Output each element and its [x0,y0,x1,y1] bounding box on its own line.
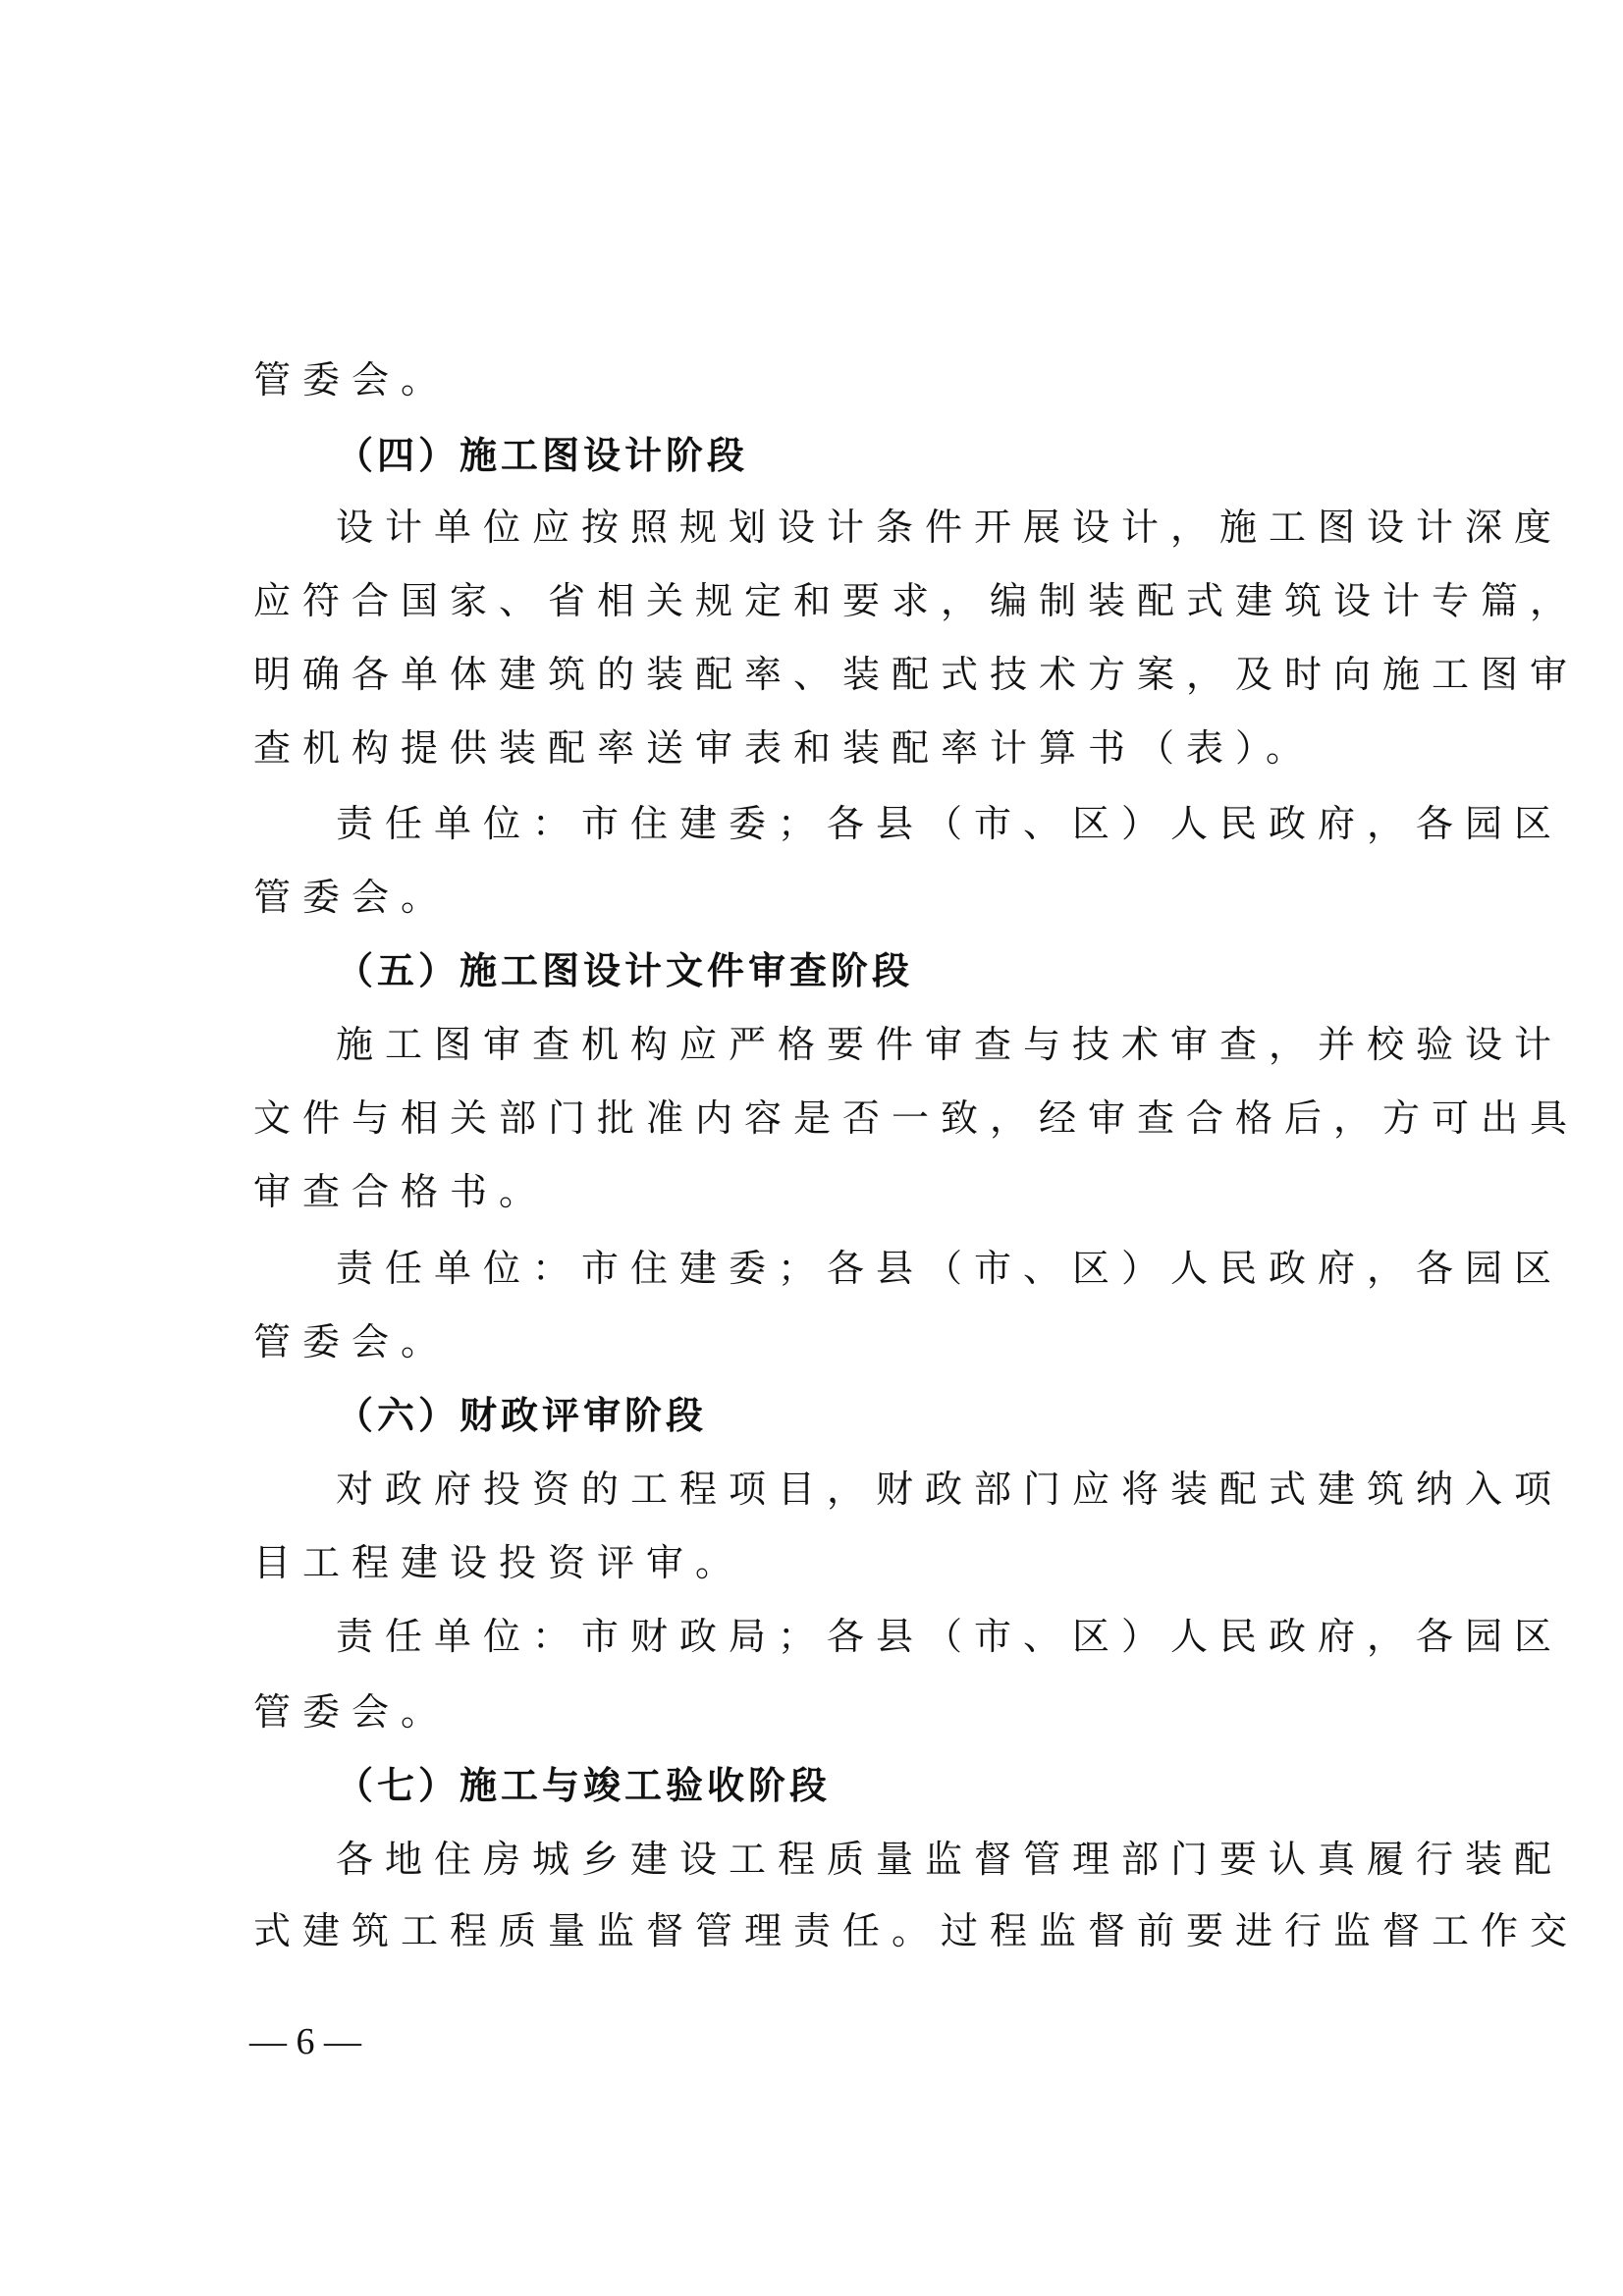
responsible-unit-line: 责任单位：市财政局；各县（市、区）人民政府，各园区 [253,1600,1426,1674]
body-line: 明确各单体建筑的装配率、装配式技术方案，及时向施工图审 [253,638,1343,712]
body-line: 管委会。 [253,344,1343,417]
body-line: 应符合国家、省相关规定和要求，编制装配式建筑设计专篇， [253,564,1343,638]
body-line: 审查合格书。 [253,1155,1343,1229]
body-line: 各地住房城乡建设工程质量监督管理部门要认真履行装配 [253,1823,1426,1896]
body-line: 管委会。 [253,1306,1343,1379]
section-heading-5: （五）施工图设计文件审查阶段 [253,934,1426,1008]
body-line: 文件与相关部门批准内容是否一致，经审查合格后，方可出具 [253,1082,1343,1155]
body-line: 目工程建设投资评审。 [253,1526,1343,1600]
document-page: 管委会。 （四）施工图设计阶段 设计单位应按照规划设计条件开展设计，施工图设计深… [0,0,1623,2296]
section-heading-7: （七）施工与竣工验收阶段 [253,1749,1426,1823]
body-line: 查机构提供装配率送审表和装配率计算书（表）。 [253,712,1343,785]
body-line: 管委会。 [253,861,1343,934]
body-line: 式建筑工程质量监督管理责任。过程监督前要进行监督工作交 [253,1895,1343,1968]
body-line: 对政府投资的工程项目，财政部门应将装配式建筑纳入项 [253,1453,1426,1526]
body-line: 设计单位应按照规划设计条件开展设计，施工图设计深度 [253,491,1426,564]
section-heading-6: （六）财政评审阶段 [253,1379,1426,1453]
body-line: 施工图审查机构应严格要件审查与技术审查，并校验设计 [253,1008,1426,1082]
responsible-unit-line: 责任单位：市住建委；各县（市、区）人民政府，各园区 [253,787,1426,861]
body-line: 管委会。 [253,1676,1343,1749]
page-number: — 6 — [249,2012,361,2071]
responsible-unit-line: 责任单位：市住建委；各县（市、区）人民政府，各园区 [253,1232,1426,1306]
section-heading-4: （四）施工图设计阶段 [253,419,1426,493]
